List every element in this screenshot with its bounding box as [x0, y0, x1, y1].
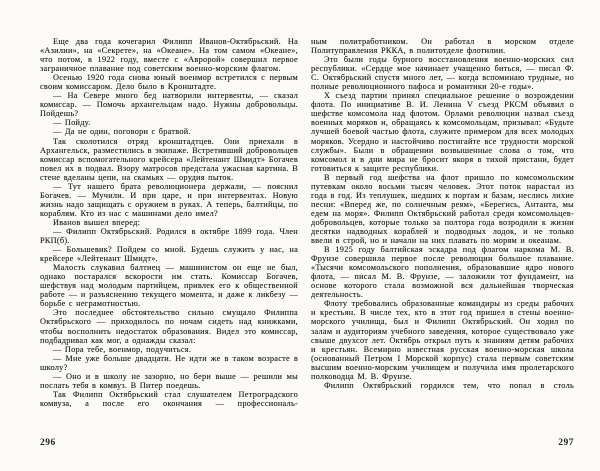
paragraph-continuation: ным политработником. Он работал в морско…	[311, 37, 574, 55]
dialogue-line: — Да не один, поговори с братвой.	[40, 127, 298, 136]
book-spread: Еще два года кочегарил Филипп Иванов-Окт…	[0, 0, 600, 471]
dialogue-line: — Пора тебе, военмор, подучиться.	[40, 345, 298, 354]
page-number-left: 296	[40, 438, 56, 448]
paragraph: В 1925 году балтийская эскадра под флаго…	[311, 245, 574, 299]
dialogue-line: — На Севере много бед натворили интервен…	[40, 91, 298, 118]
dialogue-line: — Оно и в школу не зазорно, но бери выше…	[40, 372, 298, 390]
page-left: Еще два года кочегарил Филипп Иванов-Окт…	[40, 37, 298, 408]
dialogue-line: — Пойду.	[40, 118, 298, 127]
paragraph: Филипп Октябрьский гордился тем, что поп…	[311, 381, 574, 390]
paragraph: Малость слукавил балтиец — машинистом он…	[40, 263, 298, 308]
dialogue-line: — Большевик? Пойдем со мной. Будешь служ…	[40, 245, 298, 263]
page-number-right: 297	[311, 438, 574, 448]
dialogue-line: — Мне уже больше двадцати. Не идти же в …	[40, 354, 298, 372]
paragraph: В первый год шефства на флот пришло по к…	[311, 173, 574, 245]
paragraph: X съезд партии принял специальное решени…	[311, 91, 574, 172]
page-right: ным политработником. Он работал в морско…	[311, 37, 574, 390]
paragraph: Осенью 1920 года снова юный военмор встр…	[40, 73, 298, 91]
paragraph: Еще два года кочегарил Филипп Иванов-Окт…	[40, 37, 298, 73]
paragraph: Это были годы бурного восстановления вое…	[311, 55, 574, 91]
paragraph: Так сколотился отряд кронштадтцев. Они п…	[40, 137, 298, 182]
dialogue-line: — Филипп Октябрьский. Родился в октябре …	[40, 227, 298, 245]
paragraph: Так Филипп Октябрьский стал слушателем П…	[40, 390, 298, 408]
paragraph: Это последнее обстоятельство сильно смущ…	[40, 308, 298, 344]
dialogue-line: — Тут нашего брата революционера держали…	[40, 182, 298, 218]
paragraph: Флоту требовались образованные командиры…	[311, 299, 574, 380]
paragraph: Иванов вышел вперед:	[40, 218, 298, 227]
